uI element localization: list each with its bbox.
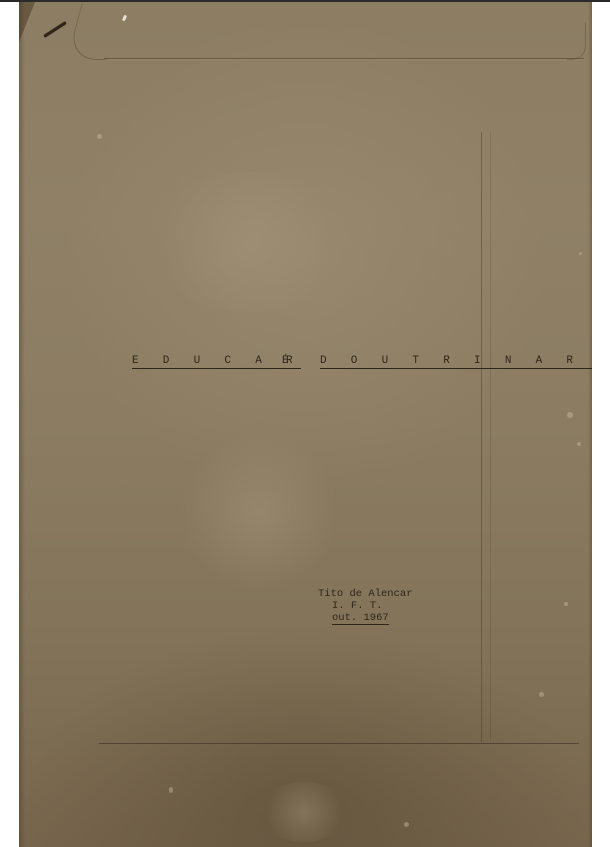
paper-speck <box>404 822 409 827</box>
paper-speck <box>579 252 582 255</box>
paper-speck <box>564 602 568 606</box>
author-name: Tito de Alencar <box>318 588 413 600</box>
fold-line-top-left <box>66 4 122 60</box>
document-title: E D U C A R É D O U T R I N A R ? <box>19 355 592 375</box>
paper-hole-mark <box>122 15 127 22</box>
paper-speck <box>97 134 102 139</box>
paper-stain <box>179 432 339 592</box>
left-edge-shadow <box>19 2 25 847</box>
institution: I. F. T. <box>318 600 413 612</box>
paper-speck <box>169 787 173 793</box>
paper-speck <box>539 692 544 697</box>
paper-stain <box>259 782 349 842</box>
document-page: E D U C A R É D O U T R I N A R ? Tito d… <box>19 2 592 847</box>
paper-speck <box>577 442 581 446</box>
fold-line-top <box>104 58 584 59</box>
title-word-educar: E D U C A R <box>132 355 301 369</box>
paper-speck <box>567 412 573 418</box>
fold-line-top-right <box>567 22 586 60</box>
title-word-doutrinar: D O U T R I N A R ? <box>320 355 592 369</box>
staple-mark-icon <box>43 21 66 38</box>
fold-line-bottom <box>99 743 579 744</box>
document-date: out. 1967 <box>332 613 389 625</box>
paper-stain <box>149 172 349 312</box>
author-block: Tito de Alencar I. F. T. out. 1967 <box>318 588 413 625</box>
right-edge-shadow <box>588 2 592 847</box>
vertical-crease-faint <box>490 132 491 742</box>
vertical-crease <box>481 132 482 742</box>
title-word-e: É <box>282 355 297 369</box>
